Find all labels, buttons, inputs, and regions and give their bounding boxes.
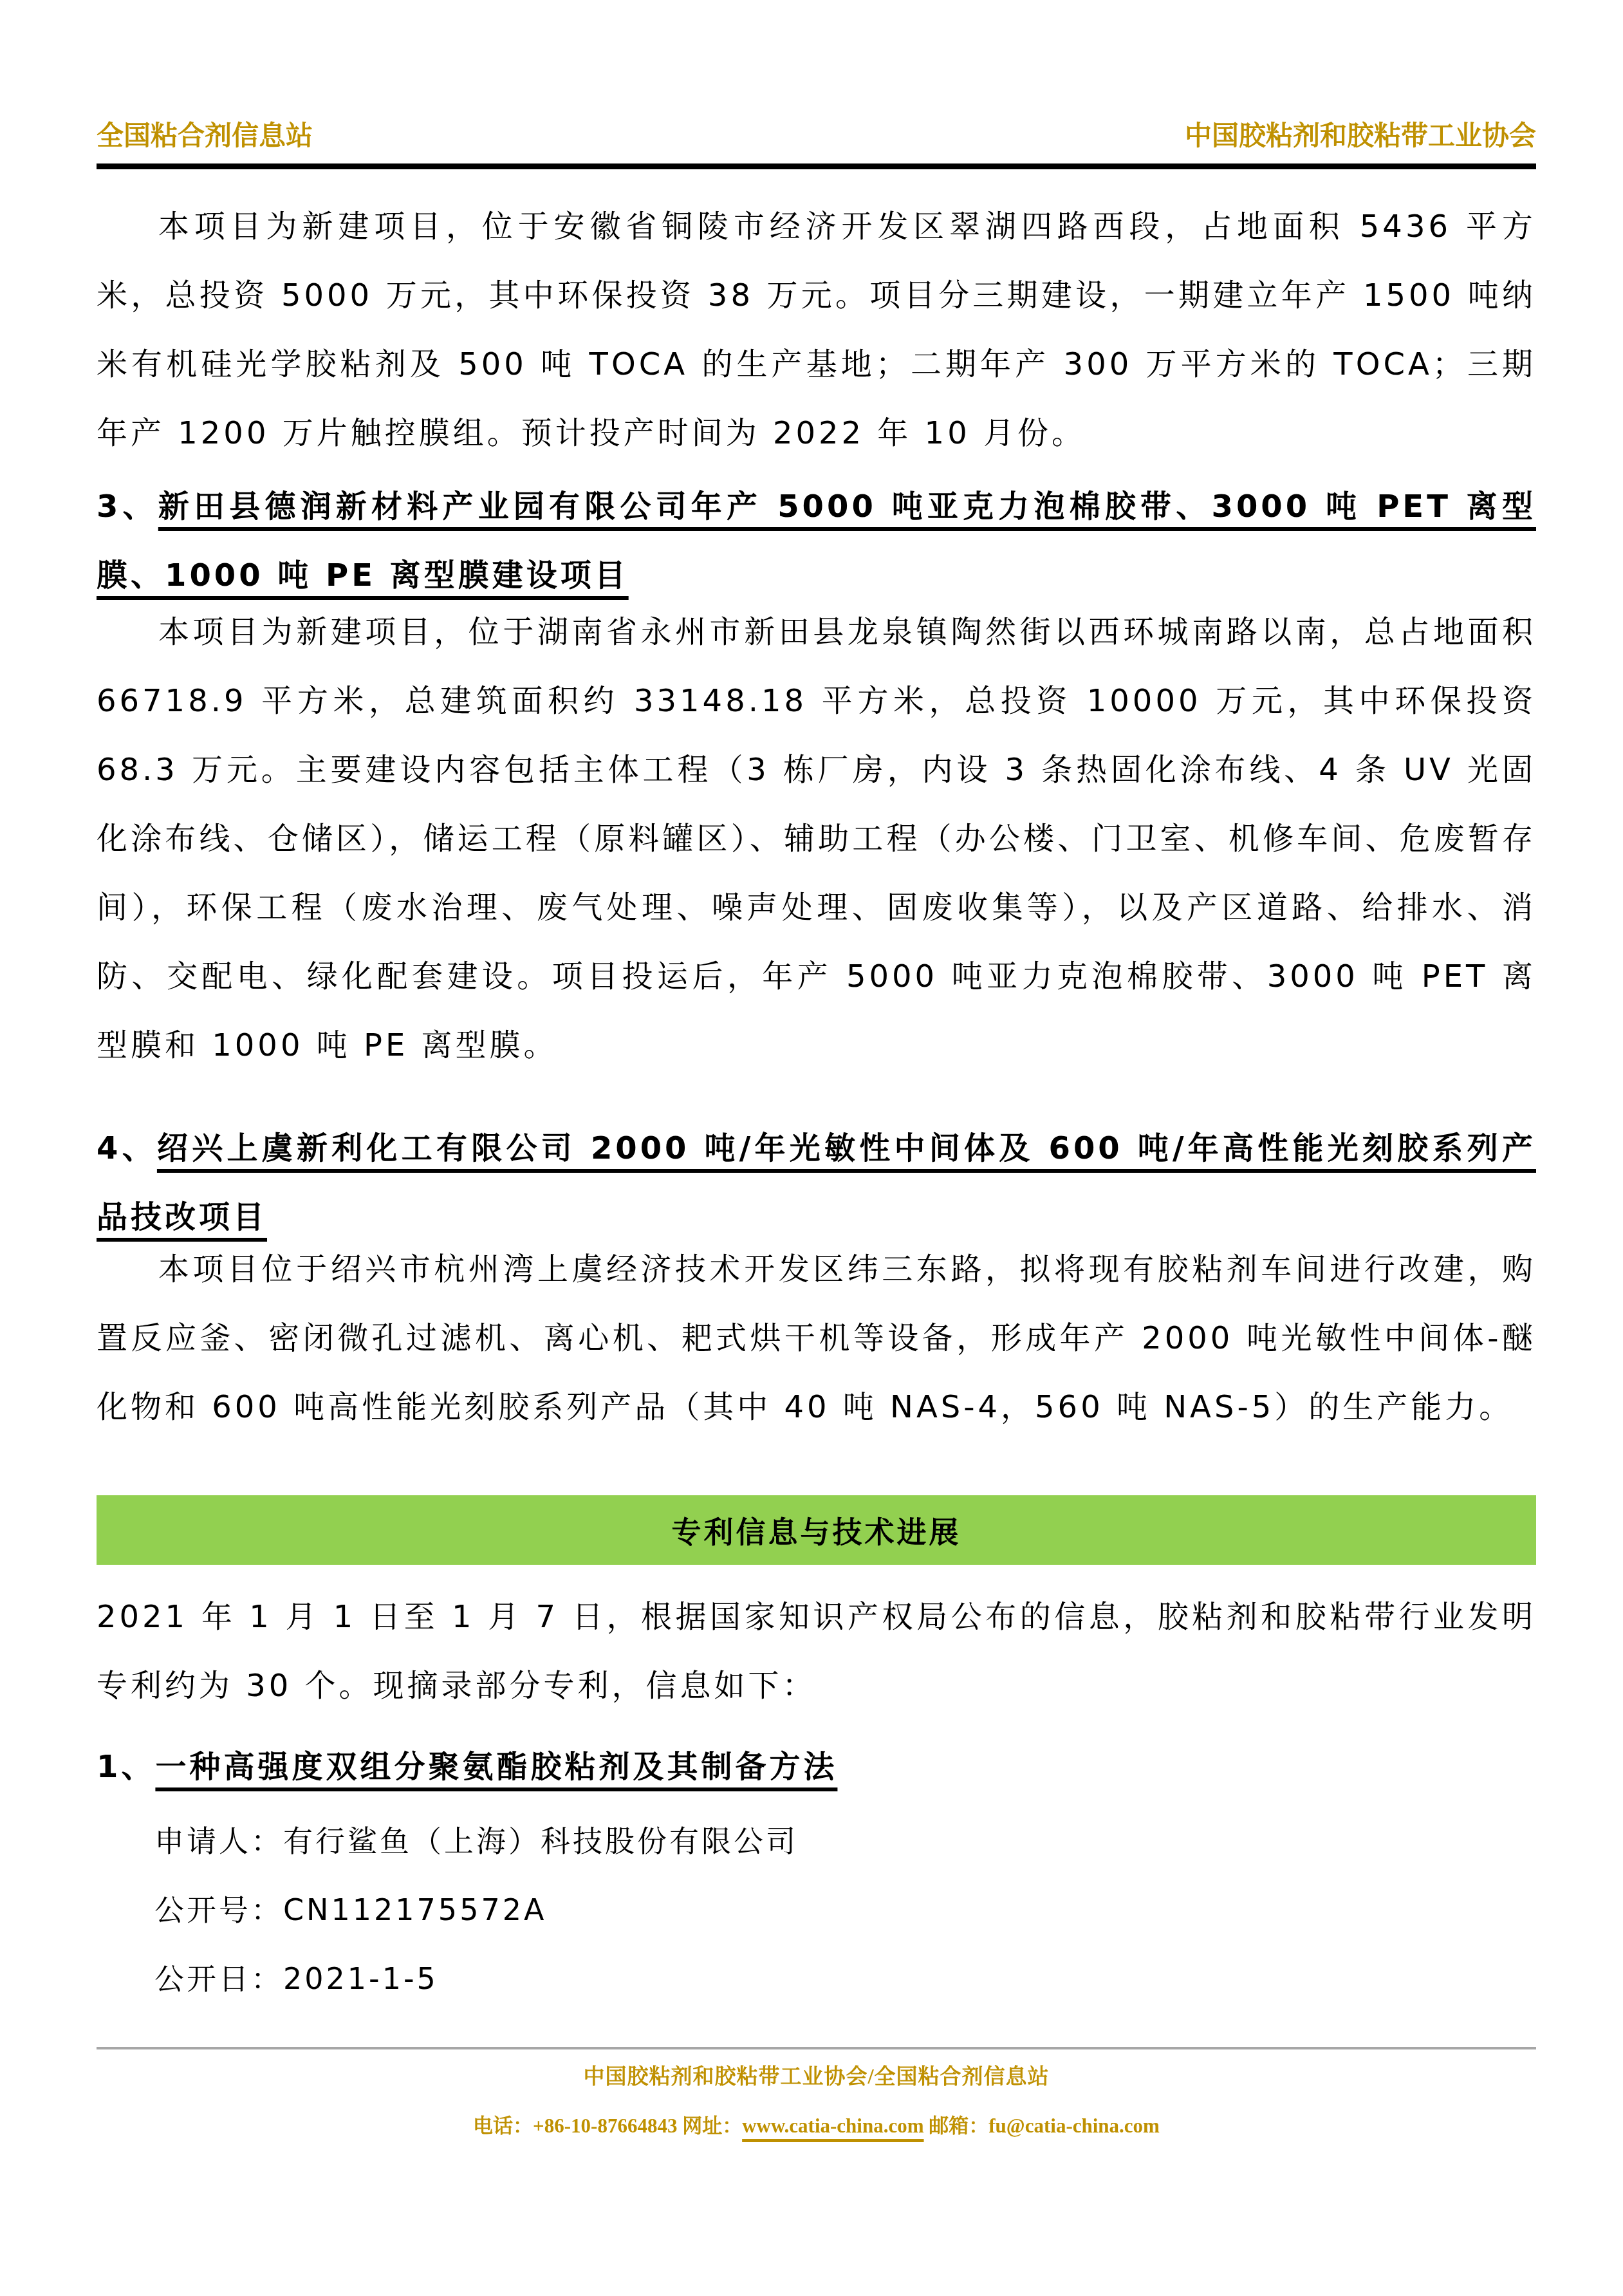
association-name: 中国胶粘剂和胶粘带工业协会 (1185, 115, 1536, 153)
website-link[interactable]: www.catia-china.com (742, 2114, 923, 2137)
footer-contact-line: 电话：+86-10-87664843 网址：www.catia-china.co… (97, 2109, 1536, 2138)
footer-phone-text: 电话：+86-10-87664843 网址： (473, 2114, 742, 2137)
patent-1-heading: 1、一种高强度双组分聚氨酯胶粘剂及其制备方法 (97, 1733, 1536, 1802)
project-3-title: 新田县德润新材料产业园有限公司年产 5000 吨亚克力泡棉胶带、3000 吨 P… (97, 489, 1536, 593)
footer-email-text: 邮箱：fu@catia-china.com (924, 2114, 1160, 2137)
project-intro-paragraph: 本项目为新建项目，位于安徽省铜陵市经济开发区翠湖四路西段，占地面积 5436 平… (97, 192, 1536, 468)
applicant-label: 申请人： (154, 1824, 283, 1858)
patent-1-fields: 申请人：有行鲨鱼（上海）科技股份有限公司 公开号：CN112175572A 公开… (154, 1807, 1536, 2013)
project-3-number: 3、 (97, 489, 158, 525)
patent-1-number: 1、 (97, 1749, 155, 1785)
project-4-number: 4、 (97, 1130, 157, 1166)
header: 全国粘合剂信息站 中国胶粘剂和胶粘带工业协会 (97, 115, 1536, 169)
footer: 中国胶粘剂和胶粘带工业协会/全国粘合剂信息站 电话：+86-10-8766484… (97, 2047, 1536, 2138)
publication-date-value: 2021-1-5 (283, 1961, 438, 1996)
site-name: 全国粘合剂信息站 (97, 115, 313, 153)
patent-section-title: 专利信息与技术进展 (672, 1509, 961, 1551)
project-4-paragraph: 本项目位于绍兴市杭州湾上虞经济技术开发区纬三东路，拟将现有胶粘剂车间进行改建，购… (97, 1235, 1536, 1442)
publication-number-field: 公开号：CN112175572A (154, 1876, 1536, 1945)
applicant-value: 有行鲨鱼（上海）科技股份有限公司 (283, 1824, 798, 1858)
project-3-heading: 3、新田县德润新材料产业园有限公司年产 5000 吨亚克力泡棉胶带、3000 吨… (97, 472, 1536, 610)
publication-date-label: 公开日： (154, 1961, 283, 1996)
patent-intro-paragraph: 2021 年 1 月 1 日至 1 月 7 日，根据国家知识产权局公布的信息，胶… (97, 1583, 1536, 1721)
publication-number-value: CN112175572A (283, 1892, 546, 1927)
project-4-title: 绍兴上虞新利化工有限公司 2000 吨/年光敏性中间体及 600 吨/年高性能光… (97, 1130, 1536, 1235)
project-3-paragraph: 本项目为新建项目，位于湖南省永州市新田县龙泉镇陶然街以西环城南路以南，总占地面积… (97, 598, 1536, 1080)
footer-org-line: 中国胶粘剂和胶粘带工业协会/全国粘合剂信息站 (97, 2060, 1536, 2090)
applicant-field: 申请人：有行鲨鱼（上海）科技股份有限公司 (154, 1807, 1536, 1876)
project-4-heading: 4、绍兴上虞新利化工有限公司 2000 吨/年光敏性中间体及 600 吨/年高性… (97, 1114, 1536, 1252)
patent-section-banner: 专利信息与技术进展 (97, 1495, 1536, 1565)
publication-date-field: 公开日：2021-1-5 (154, 1945, 1536, 2013)
patent-1-title: 一种高强度双组分聚氨酯胶粘剂及其制备方法 (155, 1749, 837, 1785)
page: 全国粘合剂信息站 中国胶粘剂和胶粘带工业协会 本项目为新建项目，位于安徽省铜陵市… (0, 0, 1623, 2296)
publication-number-label: 公开号： (154, 1892, 283, 1927)
